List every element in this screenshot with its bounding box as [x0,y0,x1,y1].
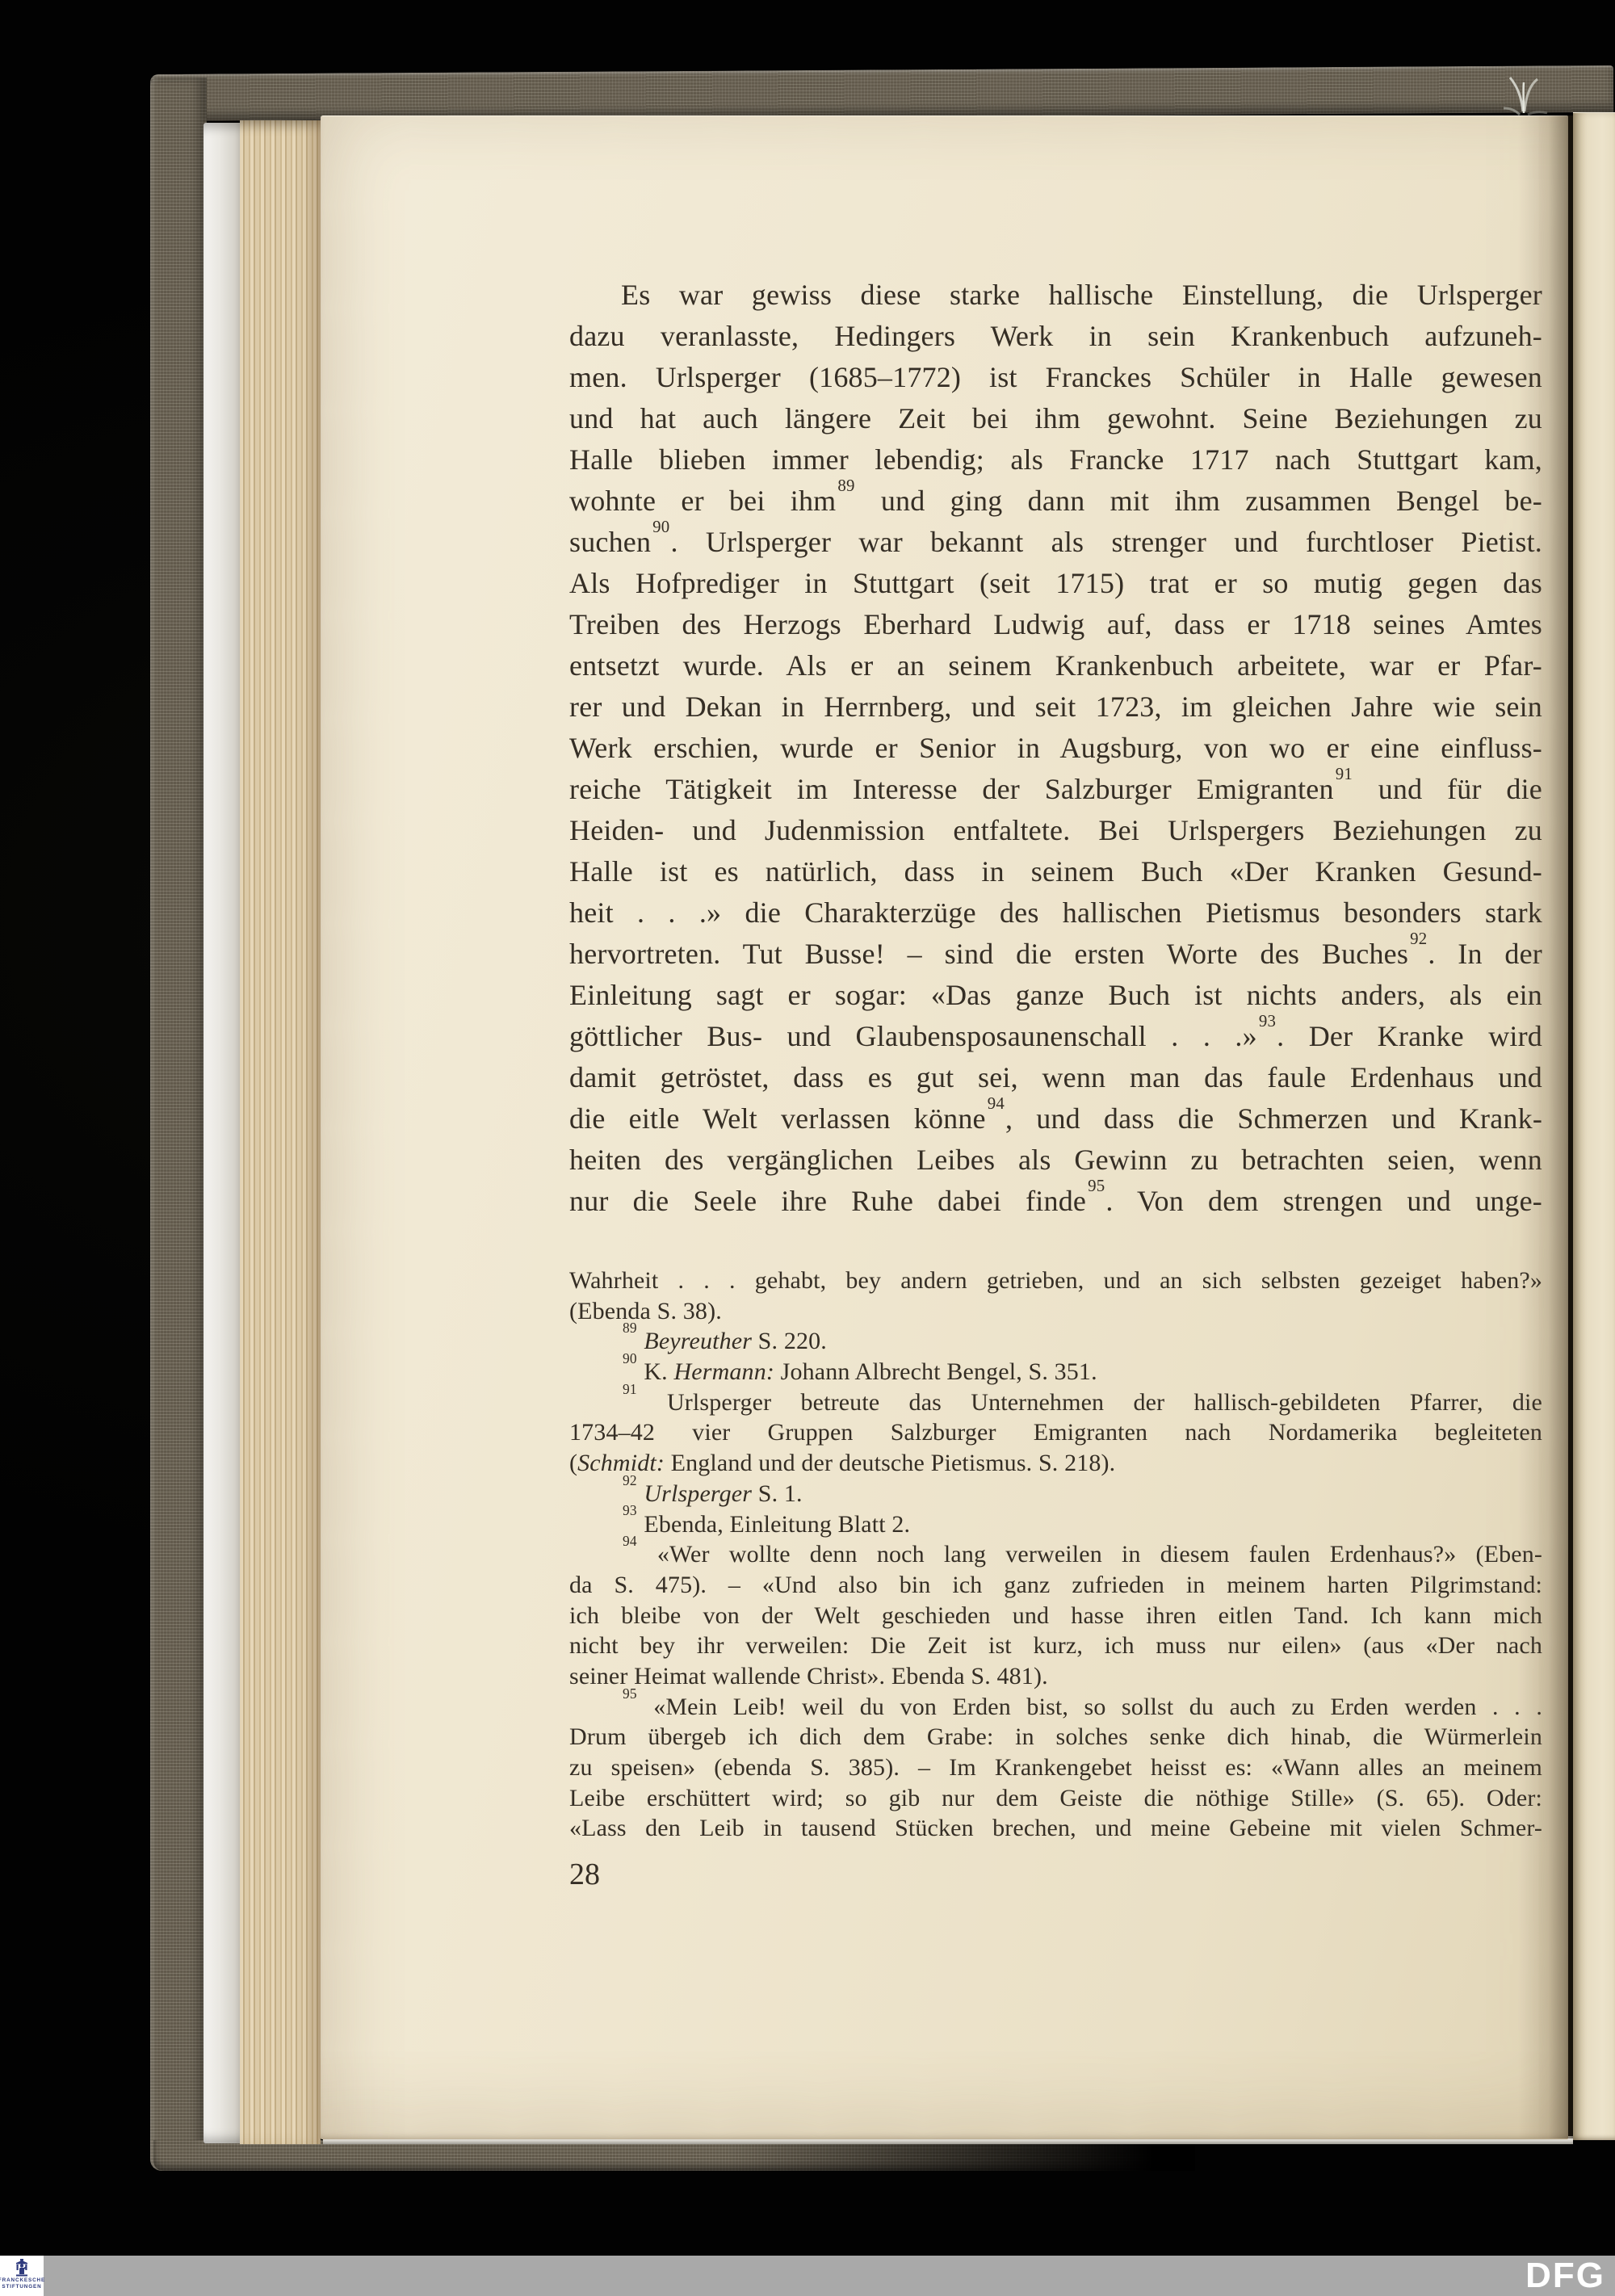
adjacent-page-edge [1573,112,1615,2140]
text-line: rer und Dekan in Herrnberg, und seit 172… [569,686,1542,728]
text-line: 92 Urlsperger S. 1. [569,1479,1542,1509]
text-line: Leibe erschüttert wird; so gib nur dem G… [569,1783,1542,1814]
footnotes-block: Wahrheit . . . gehabt, bey andern getrie… [569,1266,1542,1844]
franckesche-stiftungen-icon [11,2258,32,2277]
text-line: wohnte er bei ihm89 und ging dann mit ih… [569,481,1542,522]
library-logo-line1: FRANCKESCHE [0,2277,45,2284]
text-line: 93 Ebenda, Einleitung Blatt 2. [569,1509,1542,1540]
text-line: 89 Beyreuther S. 220. [569,1326,1542,1357]
binding-thread [1499,71,1555,122]
text-line: heiten des vergänglichen Leibes als Gewi… [569,1140,1542,1181]
text-line: heit . . .» die Charakterzüge des hallis… [569,892,1542,934]
text-line: Heiden- und Judenmission entfaltete. Bei… [569,810,1542,851]
text-line: 95 «Mein Leib! weil du von Erden bist, s… [569,1692,1542,1723]
text-line: zu speisen» (ebenda S. 385). – Im Kranke… [569,1752,1542,1783]
text-line: 90 K. Hermann: Johann Albrecht Bengel, S… [569,1357,1542,1387]
text-line: suchen90. Urlsperger war bekannt als str… [569,522,1542,563]
text-line: (Ebenda S. 38). [569,1296,1542,1327]
text-line: (Schmidt: England und der deutsche Pieti… [569,1448,1542,1479]
library-logo-line2: STIFTUNGEN [2,2284,41,2290]
text-line: hervortreten. Tut Busse! – sind die erst… [569,934,1542,975]
text-line: Halle ist es natürlich, dass in seinem B… [569,851,1542,892]
text-line: ich bleibe von der Welt geschieden und h… [569,1601,1542,1631]
text-line: 1734–42 vier Gruppen Salzburger Emigrant… [569,1417,1542,1448]
text-line: 94 «Wer wollte denn noch lang verweilen … [569,1539,1542,1570]
book-page: Es war gewiss diese starke hallische Ein… [321,115,1568,2139]
text-line: «Lass den Leib in tausend Stücken breche… [569,1813,1542,1844]
text-line: nur die Seele ihre Ruhe dabei finde95. V… [569,1181,1542,1222]
text-line: göttlicher Bus- und Glaubensposaunenscha… [569,1016,1542,1057]
text-line: Treiben des Herzogs Eberhard Ludwig auf,… [569,604,1542,645]
endpaper-edge [203,123,240,2143]
text-line: dazu veranlasste, Hedingers Werk in sein… [569,316,1542,357]
text-line: Einleitung sagt er sogar: «Das ganze Buc… [569,975,1542,1016]
text-line: nicht bey ihr verweilen: Die Zeit ist ku… [569,1631,1542,1661]
text-line: reiche Tätigkeit im Interesse der Salzbu… [569,769,1542,810]
text-line: Wahrheit . . . gehabt, bey andern getrie… [569,1266,1542,1296]
book-cover-left-edge [150,78,207,2171]
text-line: da S. 475). – «Und also bin ich ganz zuf… [569,1570,1542,1601]
page-number: 28 [569,1854,600,1895]
text-line: und hat auch längere Zeit bei ihm gewohn… [569,398,1542,439]
text-line: Drum übergeb ich dich dem Grabe: in solc… [569,1722,1542,1752]
text-line: Werk erschien, wurde er Senior in Augsbu… [569,728,1542,769]
dfg-logo: DFG [1525,2256,1605,2296]
page-stack-edges [240,120,321,2144]
book-cover-bottom-edge [153,2140,1195,2171]
viewer-footer-bar: FRANCKESCHE STIFTUNGEN DFG [0,2256,1615,2296]
text-line: Als Hofprediger in Stuttgart (seit 1715)… [569,563,1542,604]
text-line: die eitle Welt verlassen könne94, und da… [569,1098,1542,1140]
text-line: Es war gewiss diese starke hallische Ein… [569,275,1542,316]
main-text-block: Es war gewiss diese starke hallische Ein… [569,275,1542,1222]
text-line: damit getröstet, dass es gut sei, wenn m… [569,1057,1542,1098]
scan-photo-background: Es war gewiss diese starke hallische Ein… [0,0,1615,2296]
franckesche-stiftungen-logo: FRANCKESCHE STIFTUNGEN [0,2256,44,2296]
book-cover-top-edge [150,65,1613,121]
text-line: seiner Heimat wallende Christ». Ebenda S… [569,1661,1542,1692]
text-line: entsetzt wurde. Als er an seinem Kranken… [569,645,1542,686]
text-line: 91 Urlsperger betreute das Unternehmen d… [569,1387,1542,1418]
text-line: men. Urlsperger (1685–1772) ist Franckes… [569,357,1542,398]
text-line: Halle blieben immer lebendig; als Franck… [569,439,1542,481]
